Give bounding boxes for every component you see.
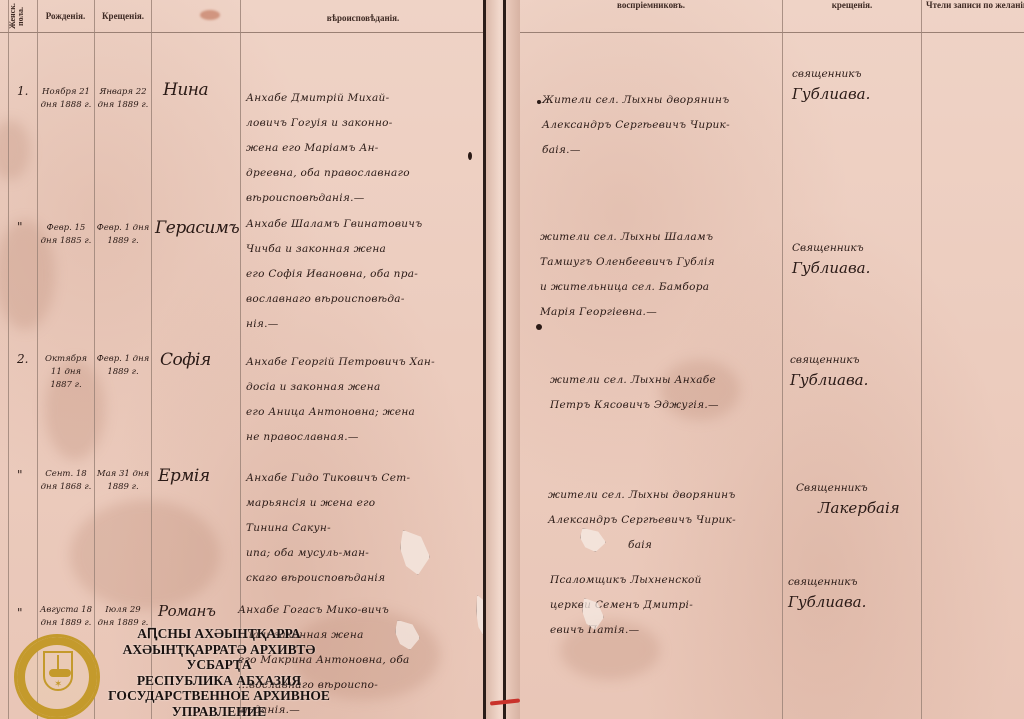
entry-number: 1. bbox=[17, 84, 28, 98]
ink-dot bbox=[537, 100, 541, 104]
parents-text: Анхабе Георгій Петровичъ Хан-досіа и зак… bbox=[246, 350, 481, 450]
parents-text: Анхабе Шаламъ ГвинатовичъЧичба и законна… bbox=[246, 212, 481, 337]
entry-number: " bbox=[17, 468, 23, 482]
left-page: Женск. пола. Рожденія. Крещенія. вѣроисп… bbox=[0, 0, 486, 719]
header-godparents: воспріемниковъ. bbox=[520, 0, 782, 33]
priest-signature: священникъГублиава. bbox=[792, 64, 870, 104]
godparents-text: Жители сел. Лыхны дворянинъАлександръ Се… bbox=[542, 88, 782, 163]
priest-signature: священникъГублиава. bbox=[790, 350, 868, 390]
child-name: Романъ bbox=[158, 602, 215, 620]
archive-name: АԤСНЫ АХӘЫНҬҚАРРА АХӘЫНҬҚАРРАТӘ АРХИВТӘ … bbox=[104, 626, 334, 719]
baptism-date: Февр. 1 дня 1889 г. bbox=[96, 353, 150, 379]
child-name: Нина bbox=[163, 80, 208, 100]
priest-signature: СвященникъЛакербаія bbox=[796, 478, 900, 518]
godparents-text: жители сел. Лыхны ШаламъТамшугъ Оленбеев… bbox=[540, 225, 780, 325]
birth-date: Ноября 21 дня 1888 г. bbox=[39, 86, 93, 112]
column-rule bbox=[8, 0, 9, 719]
header-signatures: Чтели записи по желанію bbox=[922, 0, 1024, 33]
baptism-date: Января 22 дня 1889 г. bbox=[96, 86, 150, 112]
child-name: Ермія bbox=[158, 466, 210, 486]
entry-number: 2. bbox=[17, 352, 28, 366]
ink-blot bbox=[468, 152, 472, 160]
book-spine bbox=[486, 0, 520, 719]
header-sex: Женск. пола. bbox=[10, 0, 24, 33]
birth-date: Февр. 15 дня 1885 г. bbox=[39, 222, 93, 248]
parents-text: Анхабе Дмитрій Михай-ловичъ Гогуія и зак… bbox=[246, 86, 481, 211]
spine-rule bbox=[483, 0, 486, 719]
spine-rule bbox=[503, 0, 506, 719]
priest-signature: священникъГублиава. bbox=[788, 572, 866, 612]
ink-dot bbox=[536, 324, 542, 330]
birth-date: Октября 11 дня 1887 г. bbox=[39, 353, 93, 392]
header-birth: Рожденія. bbox=[38, 0, 93, 33]
baptism-date: Мая 31 дня 1889 г. bbox=[96, 468, 150, 494]
birth-date: Сент. 18 дня 1868 г. bbox=[39, 468, 93, 494]
column-rule bbox=[921, 0, 922, 719]
header-baptism: Крещенія. bbox=[95, 0, 151, 33]
godparents-text: жители сел. Лыхны АнхабеПетръ Кясовичъ Э… bbox=[550, 368, 790, 418]
entry-number: " bbox=[17, 220, 23, 234]
parents-text: Анхабе Гидо Тиковичъ Сет-марьянсія и жен… bbox=[246, 466, 481, 591]
right-page: воспріемниковъ. крещенія. Чтели записи п… bbox=[520, 0, 1024, 719]
archive-seal-icon: ✶ bbox=[14, 634, 100, 719]
column-rule bbox=[94, 0, 95, 719]
header-priest: крещенія. bbox=[782, 0, 922, 33]
child-name: Герасимъ bbox=[155, 218, 239, 238]
column-rule bbox=[37, 0, 38, 719]
baptism-date: Февр. 1 дня 1889 г. bbox=[96, 222, 150, 248]
entry-number: " bbox=[17, 606, 23, 620]
header-parents: вѣроисповѣданія. bbox=[243, 0, 483, 33]
godparents-text: жители сел. Лыхны дворянинъАлександръ Се… bbox=[548, 483, 788, 558]
coat-of-arms-shield-icon: ✶ bbox=[43, 651, 73, 691]
priest-signature: СвященникъГублиава. bbox=[792, 238, 870, 278]
archive-watermark: ✶ АԤСНЫ АХӘЫНҬҚАРРА АХӘЫНҬҚАРРАТӘ АРХИВТ… bbox=[4, 626, 334, 719]
column-rule bbox=[151, 0, 152, 719]
child-name: Софія bbox=[160, 350, 211, 370]
